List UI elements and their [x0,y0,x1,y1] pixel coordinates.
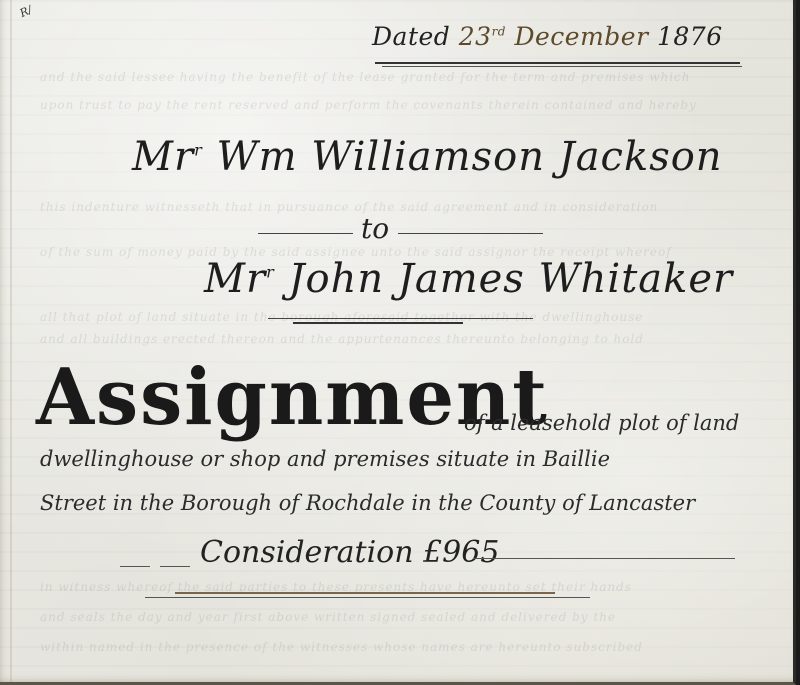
consideration-underline [175,592,555,594]
assignee-name: Mrr John James Whitaker [204,256,733,302]
paper-fold [10,0,12,682]
description-line-2: dwellinghouse or shop and premises situa… [40,447,610,471]
dated-year: 1876 [657,22,723,51]
dated-month: December [514,22,648,51]
party-underline-2 [293,322,463,324]
party-underline [268,318,533,319]
dated-label: Dated [372,22,450,51]
show-through-text: and the said lessee having the benefit o… [40,70,773,84]
connector-rule-left [258,233,353,234]
date-underline-2 [382,66,742,67]
dated-day: 23rd [459,22,506,51]
connector-rule-right [398,233,543,234]
show-through-text: upon trust to pay the rent reserved and … [40,98,773,112]
show-through-text: and all buildings erected thereon and th… [40,332,773,346]
connector-to: to [361,212,389,245]
consideration-amount: Consideration £965 [200,535,499,570]
consideration-rule-right [473,558,735,559]
consideration-underline-2 [145,597,590,598]
consideration-rule-left-1 [120,566,150,567]
show-through-text: this indenture witnesseth that in pursua… [40,200,773,214]
date-line: Dated 23rd December 1876 [372,22,723,51]
assignor-name: Mrr Wm Williamson Jackson [132,134,723,180]
show-through-text: and seals the day and year first above w… [40,610,773,624]
deed-page: and the said lessee having the benefit o… [0,0,796,685]
show-through-text: within named in the presence of the witn… [40,640,773,654]
consideration-rule-left-2 [160,566,190,567]
date-underline [375,62,740,64]
description-line-1: of a leasehold plot of land [464,411,739,435]
reference-mark: R/ [18,3,34,20]
description-line-3: Street in the Borough of Rochdale in the… [40,491,695,515]
